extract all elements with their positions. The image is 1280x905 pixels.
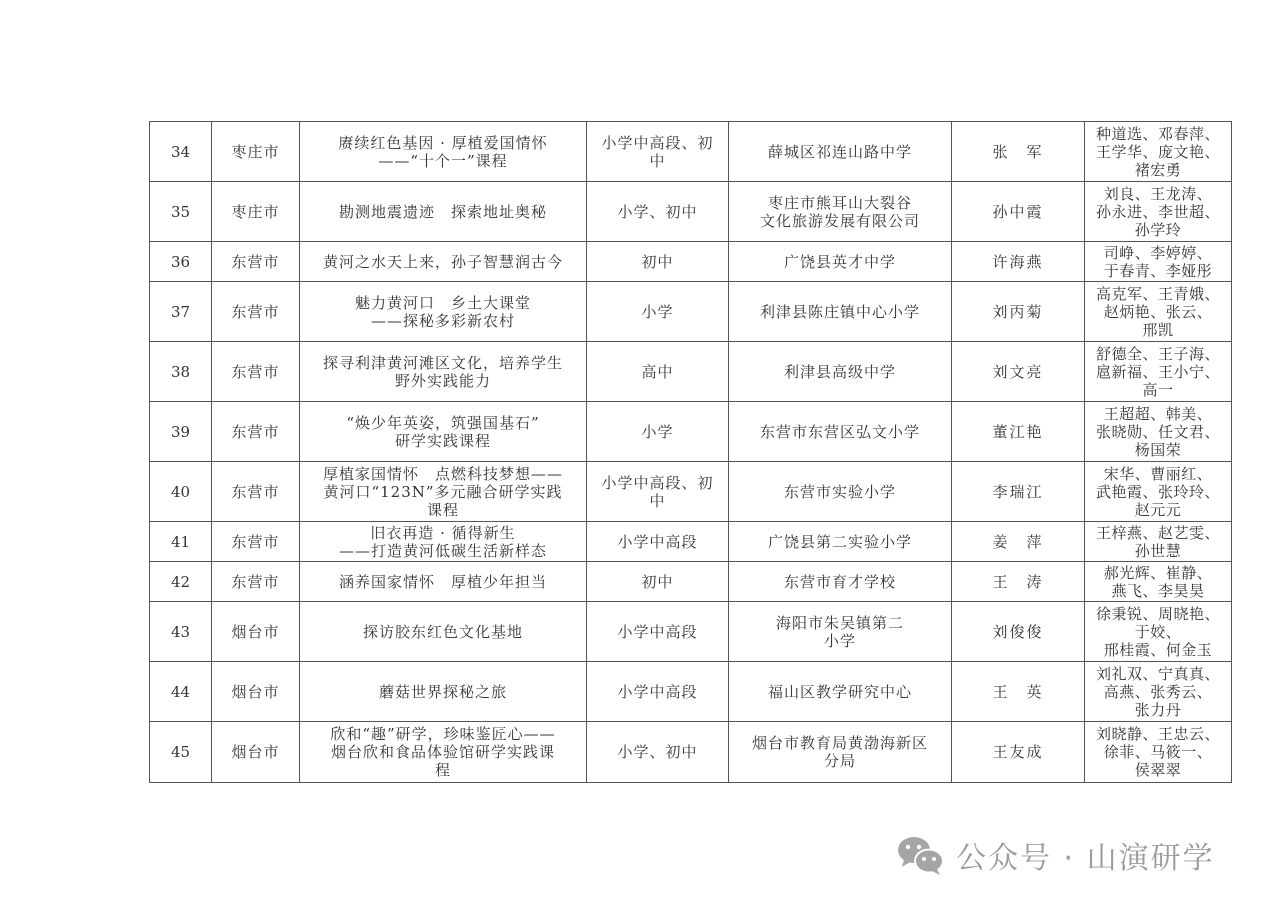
cell-school-stage-line: 初中: [591, 573, 724, 591]
cell-unit: 广饶县英才中学: [729, 242, 952, 282]
cell-leader: 孙中霞: [952, 182, 1085, 242]
cell-school-stage-line: 小学中高段: [591, 683, 724, 701]
cell-unit: 海阳市朱吴镇第二小学: [729, 602, 952, 662]
cell-members-line: 刘良、王龙涛、: [1087, 185, 1229, 203]
cell-members-line: 高一: [1087, 381, 1229, 399]
cell-course-name-line: ——打造黄河低碳生活新样态: [304, 542, 582, 560]
cell-course-name: 探寻利津黄河滩区文化，培养学生野外实践能力: [300, 342, 587, 402]
cell-leader: 刘丙菊: [952, 282, 1085, 342]
cell-members-line: 赵元元: [1087, 501, 1229, 519]
cell-course-name-line: 旧衣再造 · 循得新生: [304, 524, 582, 542]
cell-number: 40: [150, 462, 212, 522]
table-row: 40东营市厚植家国情怀 点燃科技梦想——黄河口“123N”多元融合研学实践课程小…: [150, 462, 1232, 522]
cell-city: 烟台市: [212, 722, 300, 783]
cell-members-line: 舒德全、王子海、: [1087, 345, 1229, 363]
cell-course-name-line: 黄河口“123N”多元融合研学实践: [304, 483, 582, 501]
cell-members: 司峥、李婷婷、于春青、李娅彤: [1085, 242, 1232, 282]
cell-city: 东营市: [212, 522, 300, 562]
cell-course-name-line: 探访胶东红色文化基地: [304, 623, 582, 641]
cell-members: 高克军、王青娥、赵炳艳、张云、邢凯: [1085, 282, 1232, 342]
cell-unit-line: 广饶县第二实验小学: [733, 533, 947, 551]
cell-number: 39: [150, 402, 212, 462]
cell-course-name: 赓续红色基因 · 厚植爱国情怀——“十个一”课程: [300, 122, 587, 182]
table-row: 39东营市“焕少年英姿，筑强国基石”研学实践课程小学东营市东营区弘文小学董江艳王…: [150, 402, 1232, 462]
cell-course-name-line: ——探秘多彩新农村: [304, 312, 582, 330]
cell-unit: 利津县高级中学: [729, 342, 952, 402]
cell-members-line: 刘晓静、王忠云、: [1087, 725, 1229, 743]
cell-school-stage-line: 小学、初中: [591, 743, 724, 761]
table-row: 37东营市魅力黄河口 乡土大课堂——探秘多彩新农村小学利津县陈庄镇中心小学刘丙菊…: [150, 282, 1232, 342]
cell-course-name: 蘑菇世界探秘之旅: [300, 662, 587, 722]
cell-course-name-line: 探寻利津黄河滩区文化，培养学生: [304, 354, 582, 372]
cell-course-name-line: 勘测地震遗迹 探索地址奥秘: [304, 203, 582, 221]
cell-school-stage-line: 小学中高段: [591, 533, 724, 551]
cell-unit-line: 利津县高级中学: [733, 363, 947, 381]
cell-members-line: 种道选、邓春萍、: [1087, 125, 1229, 143]
cell-unit: 东营市育才学校: [729, 562, 952, 602]
cell-course-name-line: 黄河之水天上来，孙子智慧润古今: [304, 253, 582, 271]
cell-unit: 东营市实验小学: [729, 462, 952, 522]
cell-city: 东营市: [212, 282, 300, 342]
cell-unit: 福山区教学研究中心: [729, 662, 952, 722]
cell-course-name: 探访胶东红色文化基地: [300, 602, 587, 662]
cell-school-stage: 小学、初中: [587, 182, 729, 242]
cell-school-stage: 小学中高段: [587, 522, 729, 562]
cell-number: 42: [150, 562, 212, 602]
cell-city: 东营市: [212, 402, 300, 462]
cell-number: 41: [150, 522, 212, 562]
cell-members-line: 宋华、曹丽红、: [1087, 465, 1229, 483]
cell-members: 种道选、邓春萍、王学华、庞文艳、褚宏勇: [1085, 122, 1232, 182]
cell-members: 舒德全、王子海、扈新福、王小宁、高一: [1085, 342, 1232, 402]
cell-members-line: 徐菲、马筱一、: [1087, 743, 1229, 761]
cell-leader: 许海燕: [952, 242, 1085, 282]
cell-course-name: 厚植家国情怀 点燃科技梦想——黄河口“123N”多元融合研学实践课程: [300, 462, 587, 522]
cell-members-line: 高燕、张秀云、: [1087, 683, 1229, 701]
document-page: 34枣庄市赓续红色基因 · 厚植爱国情怀——“十个一”课程小学中高段、初中薛城区…: [0, 0, 1280, 905]
cell-city: 东营市: [212, 562, 300, 602]
cell-number: 44: [150, 662, 212, 722]
cell-school-stage: 初中: [587, 242, 729, 282]
cell-course-name: 魅力黄河口 乡土大课堂——探秘多彩新农村: [300, 282, 587, 342]
cell-city: 枣庄市: [212, 122, 300, 182]
cell-unit-line: 文化旅游发展有限公司: [733, 212, 947, 230]
table-row: 41东营市旧衣再造 · 循得新生——打造黄河低碳生活新样态小学中高段广饶县第二实…: [150, 522, 1232, 562]
cell-course-name: 涵养国家情怀 厚植少年担当: [300, 562, 587, 602]
cell-school-stage: 小学中高段、初中: [587, 462, 729, 522]
cell-school-stage: 初中: [587, 562, 729, 602]
cell-members-line: 赵炳艳、张云、: [1087, 303, 1229, 321]
cell-members-line: 孙学玲: [1087, 221, 1229, 239]
cell-unit-line: 海阳市朱吴镇第二: [733, 614, 947, 632]
cell-members: 刘良、王龙涛、孙永进、李世超、孙学玲: [1085, 182, 1232, 242]
cell-members-line: 孙永进、李世超、: [1087, 203, 1229, 221]
cell-school-stage: 小学、初中: [587, 722, 729, 783]
cell-school-stage-line: 小学中高段: [591, 623, 724, 641]
cell-members: 徐秉锐、周晓艳、于姣、邢桂霞、何金玉: [1085, 602, 1232, 662]
cell-members-line: 刘礼双、宁真真、: [1087, 665, 1229, 683]
cell-school-stage: 小学: [587, 402, 729, 462]
cell-members-line: 邢桂霞、何金玉: [1087, 641, 1229, 659]
cell-course-name-line: 烟台欣和食品体验馆研学实践课: [304, 743, 582, 761]
cell-unit: 东营市东营区弘文小学: [729, 402, 952, 462]
cell-unit-line: 利津县陈庄镇中心小学: [733, 303, 947, 321]
cell-members-line: 徐秉锐、周晓艳、: [1087, 605, 1229, 623]
cell-unit-line: 枣庄市熊耳山大裂谷: [733, 194, 947, 212]
table-row: 42东营市涵养国家情怀 厚植少年担当初中东营市育才学校王 涛郝光辉、崔静、燕飞、…: [150, 562, 1232, 602]
cell-members-line: 张晓勋、任文君、: [1087, 423, 1229, 441]
watermark-text: 公众号 · 山演研学: [956, 833, 1215, 877]
table-row: 44烟台市蘑菇世界探秘之旅小学中高段福山区教学研究中心王 英刘礼双、宁真真、高燕…: [150, 662, 1232, 722]
cell-members-line: 扈新福、王小宁、: [1087, 363, 1229, 381]
cell-city: 东营市: [212, 462, 300, 522]
cell-members-line: 司峥、李婷婷、: [1087, 244, 1229, 262]
cell-members-line: 褚宏勇: [1087, 161, 1229, 179]
cell-number: 34: [150, 122, 212, 182]
cell-city: 烟台市: [212, 662, 300, 722]
cell-members-line: 侯翠翠: [1087, 761, 1229, 779]
cell-members-line: 邢凯: [1087, 321, 1229, 339]
cell-course-name-line: 程: [304, 761, 582, 779]
cell-city: 东营市: [212, 342, 300, 402]
cell-members: 王超超、韩美、张晓勋、任文君、杨国荣: [1085, 402, 1232, 462]
cell-leader: 王 英: [952, 662, 1085, 722]
cell-number: 36: [150, 242, 212, 282]
cell-number: 35: [150, 182, 212, 242]
cell-members-line: 郝光辉、崔静、: [1087, 564, 1229, 582]
cell-members-line: 于春青、李娅彤: [1087, 262, 1229, 280]
cell-school-stage: 小学中高段: [587, 602, 729, 662]
cell-members: 刘晓静、王忠云、徐菲、马筱一、侯翠翠: [1085, 722, 1232, 783]
cell-school-stage-line: 小学: [591, 303, 724, 321]
cell-members: 宋华、曹丽红、武艳霞、张玲玲、赵元元: [1085, 462, 1232, 522]
cell-course-name-line: 涵养国家情怀 厚植少年担当: [304, 573, 582, 591]
watermark: 公众号 · 山演研学: [896, 832, 1215, 878]
cell-unit-line: 烟台市教育局黄渤海新区: [733, 734, 947, 752]
cell-unit: 利津县陈庄镇中心小学: [729, 282, 952, 342]
cell-members-line: 王超超、韩美、: [1087, 405, 1229, 423]
table-row: 43烟台市探访胶东红色文化基地小学中高段海阳市朱吴镇第二小学刘俊俊徐秉锐、周晓艳…: [150, 602, 1232, 662]
cell-number: 43: [150, 602, 212, 662]
cell-course-name: 旧衣再造 · 循得新生——打造黄河低碳生活新样态: [300, 522, 587, 562]
cell-school-stage-line: 中: [591, 152, 724, 170]
cell-school-stage-line: 小学中高段、初: [591, 134, 724, 152]
cell-members-line: 王学华、庞文艳、: [1087, 143, 1229, 161]
cell-course-name: 欣和“趣”研学，珍味鉴匠心——烟台欣和食品体验馆研学实践课程: [300, 722, 587, 783]
cell-school-stage: 高中: [587, 342, 729, 402]
cell-leader: 张 军: [952, 122, 1085, 182]
cell-leader: 刘俊俊: [952, 602, 1085, 662]
cell-course-name-line: 课程: [304, 501, 582, 519]
cell-course-name-line: “焕少年英姿，筑强国基石”: [304, 414, 582, 432]
cell-course-name-line: 野外实践能力: [304, 372, 582, 390]
cell-unit: 枣庄市熊耳山大裂谷文化旅游发展有限公司: [729, 182, 952, 242]
cell-leader: 刘文亮: [952, 342, 1085, 402]
cell-members-line: 孙世慧: [1087, 542, 1229, 560]
cell-members-line: 王梓燕、赵艺雯、: [1087, 524, 1229, 542]
cell-unit-line: 东营市东营区弘文小学: [733, 423, 947, 441]
cell-unit: 薛城区祁连山路中学: [729, 122, 952, 182]
cell-school-stage: 小学中高段: [587, 662, 729, 722]
cell-school-stage-line: 小学: [591, 423, 724, 441]
cell-course-name: 黄河之水天上来，孙子智慧润古今: [300, 242, 587, 282]
cell-members: 刘礼双、宁真真、高燕、张秀云、张力丹: [1085, 662, 1232, 722]
cell-unit-line: 广饶县英才中学: [733, 253, 947, 271]
cell-city: 烟台市: [212, 602, 300, 662]
cell-city: 枣庄市: [212, 182, 300, 242]
cell-course-name: “焕少年英姿，筑强国基石”研学实践课程: [300, 402, 587, 462]
table-row: 36东营市黄河之水天上来，孙子智慧润古今初中广饶县英才中学许海燕司峥、李婷婷、于…: [150, 242, 1232, 282]
cell-unit: 烟台市教育局黄渤海新区分局: [729, 722, 952, 783]
cell-members: 王梓燕、赵艺雯、孙世慧: [1085, 522, 1232, 562]
cell-leader: 姜 萍: [952, 522, 1085, 562]
cell-number: 37: [150, 282, 212, 342]
cell-school-stage-line: 初中: [591, 253, 724, 271]
cell-members-line: 于姣、: [1087, 623, 1229, 641]
cell-course-name-line: 欣和“趣”研学，珍味鉴匠心——: [304, 725, 582, 743]
cell-leader: 李瑞江: [952, 462, 1085, 522]
cell-members-line: 杨国荣: [1087, 441, 1229, 459]
cell-unit-line: 薛城区祁连山路中学: [733, 143, 947, 161]
cell-unit-line: 分局: [733, 752, 947, 770]
cell-course-name-line: 研学实践课程: [304, 432, 582, 450]
cell-course-name-line: 赓续红色基因 · 厚植爱国情怀: [304, 134, 582, 152]
cell-leader: 王 涛: [952, 562, 1085, 602]
table-row: 38东营市探寻利津黄河滩区文化，培养学生野外实践能力高中利津县高级中学刘文亮舒德…: [150, 342, 1232, 402]
table-body: 34枣庄市赓续红色基因 · 厚植爱国情怀——“十个一”课程小学中高段、初中薛城区…: [150, 122, 1232, 783]
cell-school-stage-line: 中: [591, 492, 724, 510]
cell-leader: 董江艳: [952, 402, 1085, 462]
cell-school-stage-line: 小学、初中: [591, 203, 724, 221]
cell-members: 郝光辉、崔静、燕飞、李昊昊: [1085, 562, 1232, 602]
cell-number: 45: [150, 722, 212, 783]
cell-school-stage: 小学中高段、初中: [587, 122, 729, 182]
cell-course-name-line: ——“十个一”课程: [304, 152, 582, 170]
cell-members-line: 张力丹: [1087, 701, 1229, 719]
cell-number: 38: [150, 342, 212, 402]
table-row: 35枣庄市勘测地震遗迹 探索地址奥秘小学、初中枣庄市熊耳山大裂谷文化旅游发展有限…: [150, 182, 1232, 242]
cell-course-name: 勘测地震遗迹 探索地址奥秘: [300, 182, 587, 242]
cell-course-name-line: 魅力黄河口 乡土大课堂: [304, 294, 582, 312]
cell-unit-line: 小学: [733, 632, 947, 650]
cell-school-stage-line: 小学中高段、初: [591, 474, 724, 492]
cell-members-line: 武艳霞、张玲玲、: [1087, 483, 1229, 501]
course-roster-table: 34枣庄市赓续红色基因 · 厚植爱国情怀——“十个一”课程小学中高段、初中薛城区…: [149, 121, 1232, 783]
cell-school-stage: 小学: [587, 282, 729, 342]
cell-unit-line: 福山区教学研究中心: [733, 683, 947, 701]
cell-members-line: 高克军、王青娥、: [1087, 285, 1229, 303]
cell-unit-line: 东营市实验小学: [733, 483, 947, 501]
cell-course-name-line: 蘑菇世界探秘之旅: [304, 683, 582, 701]
cell-school-stage-line: 高中: [591, 363, 724, 381]
table-row: 45烟台市欣和“趣”研学，珍味鉴匠心——烟台欣和食品体验馆研学实践课程小学、初中…: [150, 722, 1232, 783]
table-row: 34枣庄市赓续红色基因 · 厚植爱国情怀——“十个一”课程小学中高段、初中薛城区…: [150, 122, 1232, 182]
wechat-icon: [896, 835, 946, 875]
cell-unit-line: 东营市育才学校: [733, 573, 947, 591]
cell-leader: 王友成: [952, 722, 1085, 783]
cell-city: 东营市: [212, 242, 300, 282]
cell-course-name-line: 厚植家国情怀 点燃科技梦想——: [304, 465, 582, 483]
cell-unit: 广饶县第二实验小学: [729, 522, 952, 562]
cell-members-line: 燕飞、李昊昊: [1087, 582, 1229, 600]
